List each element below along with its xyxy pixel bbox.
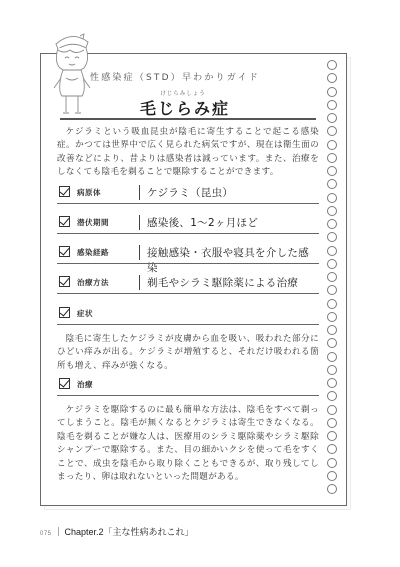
binder-ring-icon xyxy=(327,458,337,468)
page-title: 毛じらみ症 xyxy=(130,96,240,119)
binder-ring-icon xyxy=(327,325,337,335)
fact-row-pathogen: 病原体 ケジラミ（昆虫） xyxy=(57,182,319,204)
fact-row-incubation: 潜伏期間 感染後、1～2ヶ月ほど xyxy=(57,212,319,234)
nurse-character-icon xyxy=(50,32,94,116)
fact-label: 病原体 xyxy=(77,187,101,198)
fact-separator xyxy=(139,275,140,290)
binder-ring-icon xyxy=(327,60,337,70)
guide-subtitle: 性感染症（STD）早わかりガイド xyxy=(90,70,290,83)
checkbox-checked-icon xyxy=(59,246,70,257)
page-footer: 075Chapter.2「主な性病あれこれ」 xyxy=(40,525,194,538)
checkbox-checked-icon xyxy=(59,186,70,197)
fact-label: 潜伏期間 xyxy=(77,217,109,228)
binder-ring-icon xyxy=(327,140,337,150)
binder-ring-icon xyxy=(327,259,337,269)
section-divider xyxy=(57,324,319,325)
row-divider xyxy=(57,203,319,204)
binder-ring-icon xyxy=(327,418,337,428)
binder-ring-icon xyxy=(327,246,337,256)
checkbox-checked-icon xyxy=(59,307,70,318)
binder-ring-icon xyxy=(327,113,337,123)
checkbox-checked-icon xyxy=(59,216,70,227)
footer-separator xyxy=(58,527,59,536)
fact-value: 感染後、1～2ヶ月ほど xyxy=(147,215,258,230)
row-divider xyxy=(57,293,319,294)
fact-value: 剃毛やシラミ駆除薬による治療 xyxy=(147,275,298,290)
fact-label: 感染経路 xyxy=(77,247,109,258)
binder-ring-icon xyxy=(327,166,337,176)
binder-ring-icon xyxy=(327,484,337,494)
binder-ring-icon xyxy=(327,100,337,110)
binder-ring-icon xyxy=(327,431,337,441)
chapter-title: Chapter.2「主な性病あれこれ」 xyxy=(65,527,194,537)
row-divider xyxy=(57,263,319,264)
fact-value: 接触感染・衣服や寝具を介した感染 xyxy=(147,245,319,275)
binder-ring-icon xyxy=(327,206,337,216)
title-divider xyxy=(60,118,316,120)
binder-ring-icon xyxy=(327,153,337,163)
fact-label: 治療方法 xyxy=(77,277,109,288)
binder-ring-icon xyxy=(327,365,337,375)
binder-ring-icon xyxy=(327,378,337,388)
binder-ring-icon xyxy=(327,471,337,481)
page-number: 075 xyxy=(40,531,52,537)
binder-ring-icon xyxy=(327,299,337,309)
binder-ring-icon xyxy=(327,219,337,229)
fact-separator xyxy=(139,215,140,230)
fact-row-route: 感染経路 接触感染・衣服や寝具を介した感染 xyxy=(57,242,319,264)
binder-ring-icon xyxy=(327,87,337,97)
intro-paragraph: ケジラミという吸血昆虫が陰毛に寄生することで起こる感染症。かつては世界中で広く見… xyxy=(57,126,319,180)
checkbox-checked-icon xyxy=(59,276,70,287)
section-divider xyxy=(57,395,319,396)
section-header-symptoms: 症状 xyxy=(57,303,319,325)
fact-separator xyxy=(139,185,140,200)
section-header-treatment: 治療 xyxy=(57,374,319,396)
symptoms-paragraph: 陰毛に寄生したケジラミが皮膚から血を吸い、吸われた部分にひどい痒みが出る。ケジラ… xyxy=(57,333,319,373)
binder-ring-icon xyxy=(327,405,337,415)
fact-row-treatment-method: 治療方法 剃毛やシラミ駆除薬による治療 xyxy=(57,272,319,294)
row-divider xyxy=(57,233,319,234)
binder-ring-icon xyxy=(327,272,337,282)
fact-separator xyxy=(139,245,140,260)
fact-value: ケジラミ（昆虫） xyxy=(147,185,233,200)
binder-ring-icon xyxy=(327,352,337,362)
section-label: 治療 xyxy=(77,379,93,390)
binder-ring-icon xyxy=(327,193,337,203)
binder-ring-icon xyxy=(327,312,337,322)
section-label: 症状 xyxy=(77,308,93,319)
checkbox-checked-icon xyxy=(59,378,70,389)
treatment-paragraph: ケジラミを駆除するのに最も簡単な方法は、陰毛をすべて剃ってしまうこと。陰毛が無く… xyxy=(57,404,319,484)
